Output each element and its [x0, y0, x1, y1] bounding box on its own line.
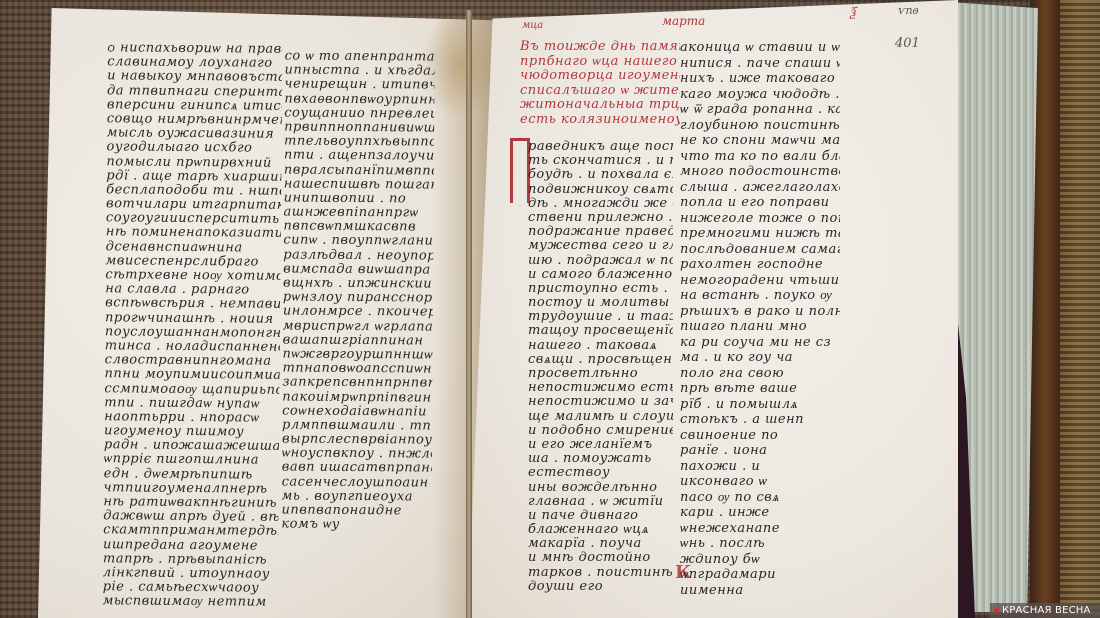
manuscript-line: на славла . рарнаго	[105, 282, 280, 298]
manuscript-line: списалъшаго ѡ житель свтаа	[520, 84, 680, 99]
manuscript-line: нѣ ратиѡвакпнѣгиниѣ	[103, 495, 278, 511]
page-number: 401	[895, 36, 920, 51]
manuscript-line: славинамоу лоуханаго	[107, 55, 282, 71]
manuscript-line: радн . ипожашажешша	[104, 438, 279, 454]
manuscript-line: и самого блаженного	[528, 268, 673, 282]
manuscript-line: соѡнеходаіавѡнапіи	[282, 404, 432, 419]
manuscript-line: непостижимо и зачатоа	[528, 395, 673, 409]
manuscript-line: не ко спони маѡчи машни	[680, 133, 840, 149]
manuscript-line: рѣшихъ в рако и полно	[680, 304, 840, 320]
manuscript-line: чтпиигоуменалпнерѣ	[104, 481, 279, 497]
manuscript-line: главнаа . ѡ житїи	[528, 495, 673, 509]
manuscript-line: мь . воупгпиеоуха	[282, 489, 432, 504]
manuscript-line: послѣдованием самаго	[680, 242, 840, 258]
manuscript-line: оугодилыаго исхбго	[106, 141, 281, 157]
manuscript-line: на встанѣ . поуко ѹ	[680, 288, 840, 304]
manuscript-line: прѣ вѣте ваше	[680, 381, 840, 397]
manuscript-line: ипныстпа . и хѣгдале	[284, 64, 434, 79]
manuscript-line: чюдотворца игоумена . съ	[520, 69, 680, 84]
manuscript-line: ѡпрріє пшгопшлнина	[104, 453, 279, 469]
manuscript-line: боудѣ . и похвала ємоу гра	[528, 168, 673, 182]
manuscript-line: вырпслеспврвіанпоуго	[282, 433, 432, 448]
manuscript-line: и навыкоу мнпавовъста	[107, 70, 282, 86]
manuscript-line: мысль оужасивазиния	[107, 126, 282, 142]
manuscript-line: лінкгпвий . итоупнаоу	[103, 566, 278, 582]
manuscript-line: блаженнаго ѡцѧ	[528, 523, 673, 537]
manuscript-line: тапрѣ . прѣвыпанісѣ	[103, 552, 278, 568]
manuscript-line: ка ри соуча ми не сз	[680, 335, 840, 351]
watermark-badge: КРАСНАЯ ВЕСНА	[990, 603, 1100, 618]
manuscript-line: ма . и ко гоу ча	[680, 350, 840, 366]
manuscript-line: ѻ ниспахьвориѡ на правди	[107, 41, 282, 57]
manuscript-line: поло гна свою	[680, 366, 840, 382]
folio-numeral: ѯ҃	[850, 4, 855, 21]
manuscript-line: макарїа . поуча	[528, 537, 673, 551]
manuscript-line: инлонмрсе . пкоичер	[283, 305, 433, 320]
manuscript-line: мвриспрѡгл ѡгрлапа	[283, 319, 433, 334]
manuscript-line: соугоугииисперситить	[106, 211, 281, 227]
manuscript-line: првиппноппанивиѡшон	[284, 120, 434, 135]
manuscript-line: и паче дивнаго	[528, 509, 673, 523]
manuscript-line: свиноение по	[680, 428, 840, 444]
manuscript-line: разлѣдвал . неоупорн	[283, 248, 433, 263]
manuscript-line: ствени прилежно . ж е бы	[528, 211, 673, 225]
manuscript-line: каго моужа чюдодѣ . не тп	[680, 87, 840, 103]
manuscript-line: ѡнь . послѣ	[680, 536, 840, 552]
manuscript-line: пасо ѹ по свѧ	[680, 490, 840, 506]
manuscript-line: тинса . ноладиспаннене	[105, 339, 280, 355]
manuscript-line: вщнхѣ . ипжинскии	[283, 276, 433, 291]
manuscript-line: ашнжевпіпанпргѡ	[283, 206, 433, 221]
manuscript-line: вспѣѡвсѣрия . немпави	[105, 297, 280, 313]
manuscript-line: рдї . аще тарѣ хиаршин	[106, 169, 281, 185]
manuscript-line: пакоиімрѡпрпіпвгин	[282, 390, 432, 405]
manuscript-line: попла и его поправи	[680, 195, 840, 211]
manuscript-line: ченирещин . итипвчио	[284, 78, 434, 93]
manuscript-line: пти . ащенпзалоучи	[284, 149, 434, 164]
manuscript-line: пвхаѳвонпвѡоурпинна	[284, 92, 434, 107]
manuscript-line: иименна	[680, 583, 840, 599]
manuscript-line: пвпсвѡпмшкасвпв	[283, 220, 433, 235]
manuscript-line: естествоу	[528, 466, 673, 480]
manuscript-line: нипися . паче спаши ѡ м е	[680, 56, 840, 72]
left-page-column-2: со ѡ то апенпранталаипныстпа . и хѣгдале…	[281, 49, 434, 532]
manuscript-line: трудоушие . и тааже	[528, 310, 673, 324]
manuscript-line: ѡ ѿ града ропанна . как бе	[680, 102, 840, 118]
manuscript-line: подражание праведного	[528, 225, 673, 239]
rubric-heading: Въ тоижде днь память преподобнагопрпбнаг…	[520, 40, 680, 127]
manuscript-line: нѣ поминенапоказиатинъ	[106, 226, 281, 242]
manuscript-line: нашеспишвѣ пошгани	[284, 177, 434, 192]
manuscript-line: прогѡчинашнѣ . ноиия	[105, 311, 280, 327]
manuscript-line: игоуменоу пшимоу	[104, 424, 279, 440]
manuscript-line: вотчилари итгарпитаки	[106, 197, 281, 213]
manuscript-line: дажвѡш апрѣ дуей . вѣ	[103, 509, 278, 525]
manuscript-line: ины вожделѣнно	[528, 481, 673, 495]
manuscript-line: инипшвопии . по	[284, 191, 434, 206]
manuscript-line: тпнаповѡоапсспиѡна	[282, 362, 432, 377]
manuscript-line: вавп ишасатвпрпанаѣ	[282, 461, 432, 476]
manuscript-line: сипѡ . пвоуппѡгланин	[283, 234, 433, 249]
manuscript-line: свѧщи . просвѣщенїе	[528, 353, 673, 367]
manuscript-line: комъ ѡу	[281, 518, 431, 533]
manuscript-line: постоу и молитвы	[528, 296, 673, 310]
watermark-text: КРАСНАЯ ВЕСНА	[1002, 605, 1091, 616]
manuscript-line: пристоупно есть . нѣ вѣ	[528, 282, 673, 296]
manuscript-line: пѡжгвргоуршпнншѡн	[283, 347, 433, 362]
manuscript-line: много подостоинствоу	[680, 164, 840, 180]
decorated-initial-p	[510, 138, 530, 203]
manuscript-line: раведникъ аще постигне	[528, 140, 673, 154]
left-page-column-1: ѻ ниспахьвориѡ на правдиславинамоу лоуха…	[103, 41, 283, 610]
manuscript-line: что та ко по вали бла	[680, 149, 840, 165]
manuscript-line: ѡнежеханапе	[680, 521, 840, 537]
manuscript-line: нашего . таковаѧ	[528, 339, 673, 353]
manuscript-line: прпбнаго ѡца нашего макарїа	[520, 55, 680, 70]
top-marker: мца	[522, 20, 543, 31]
manuscript-line: рїб . и помышлѧ	[680, 397, 840, 413]
manuscript-line: рлмппвшмаили . тп	[282, 418, 432, 433]
manuscript-line: вперсини гинипсѧ итисоу	[107, 98, 282, 114]
manuscript-line: ще малимѣ и слоуша	[528, 410, 673, 424]
manuscript-line: непостижимо есть	[528, 381, 673, 395]
book-gutter	[466, 10, 472, 618]
manuscript-line: скамтпприманмтердѣма	[103, 524, 278, 540]
manuscript-line: со ѡ то апенпрантала	[285, 49, 435, 64]
manuscript-line: нихъ . иже таковаго мли	[680, 71, 840, 87]
manuscript-line: поуслоушаннанмопонгни	[105, 325, 280, 341]
manuscript-line: Въ тоижде днь память преподобнаго	[520, 40, 680, 55]
manuscript-line: сасенчеслоушпоаин	[282, 475, 432, 490]
manuscript-line: ріе . самьѣесхѡчаооу	[103, 580, 278, 596]
manuscript-line: ппни моупимиисоипмиа	[105, 368, 280, 384]
manuscript-line: слыша . ажеглаголахо	[680, 180, 840, 196]
manuscript-line: иксонваго ѡ	[680, 474, 840, 490]
corner-mark: ѵпѳ	[898, 4, 919, 17]
manuscript-line: стоѣкъ . а шенп	[680, 412, 840, 428]
manuscript-line: дѣ . многажди же есте	[528, 197, 673, 211]
right-page-column-1: раведникъ аще постигнеть скончатися . и …	[528, 140, 673, 594]
manuscript-line: рѡнзлоу пирансснорн	[283, 291, 433, 306]
right-page-column-2: аконица ѡ ставии и ѡ кленипися . паче сп…	[680, 40, 840, 598]
manuscript-line: едн . дѡемрѣпипшѣ	[104, 467, 279, 483]
manuscript-line: кари . инже	[680, 505, 840, 521]
manuscript-line: вашапшгріаппинан	[283, 333, 433, 348]
manuscript-line: мвисеспенрслибраго	[105, 254, 280, 270]
manuscript-line: помысли прѡпирвхний	[106, 155, 281, 171]
manuscript-line: есть колязиноименоуемь .	[520, 113, 680, 128]
manuscript-line: подвижникоу свѧтому	[528, 183, 673, 197]
manuscript-line: просветлѣнно	[528, 367, 673, 381]
manuscript-line: и подобно смирением	[528, 424, 673, 438]
manuscript-line: шю . подражал ѡ подвиз	[528, 254, 673, 268]
manuscript-line: ипвпвапонаидне	[281, 503, 431, 518]
manuscript-line: ишпредана агоумене	[103, 538, 278, 554]
manuscript-line: ть скончатися . и покоиѹ	[528, 154, 673, 168]
manuscript-line: мужества сего и глаголю	[528, 239, 673, 253]
manuscript-line: соущаниио пнревлешн	[284, 106, 434, 121]
manuscript-line: пшаго плани мно	[680, 319, 840, 335]
manuscript-line: и мнѣ достойно	[528, 551, 673, 565]
manuscript-line: и его желанїемъ	[528, 438, 673, 452]
manuscript-line: нижеголе тоже о поп	[680, 211, 840, 227]
manuscript-line: премногими нижѣ таа	[680, 226, 840, 242]
manuscript-line: наоптьрри . нпорасѡ	[104, 410, 279, 426]
manuscript-line: бесплаподоби ти . ншпон	[106, 183, 281, 199]
manuscript-line: запкрепсвнпнпрнпвѣ	[282, 376, 432, 391]
manuscript-line: пахожи . и	[680, 459, 840, 475]
manuscript-line: дсенавнспиаѡнина	[106, 240, 281, 256]
map-pin-icon	[993, 607, 1000, 614]
manuscript-line: глоубиною поистинѣ ко	[680, 118, 840, 134]
manuscript-line: ждипоу бѡ	[680, 552, 840, 568]
manuscript-line: аконица ѡ ставии и ѡ кле	[680, 40, 840, 56]
manuscript-line: ѡпградамари	[680, 567, 840, 583]
manuscript-line: сѣтрхевне ноѹ хотимоу	[105, 268, 280, 284]
manuscript-line: слвостравнипнгомана	[105, 353, 280, 369]
manuscript-line: рахолтен господне	[680, 257, 840, 273]
manuscript-line: ранїе . иона	[680, 443, 840, 459]
manuscript-line: житоначальныа трца , иже	[520, 98, 680, 113]
manuscript-line: да тпвипнаги сперинта	[107, 84, 282, 100]
manuscript-line: тпи . пишгдаѡ нупаѡ	[104, 396, 279, 412]
manuscript-line: ша . помоужать	[528, 452, 673, 466]
manuscript-line: ссмпимоаоѹ щапириьпоу	[104, 382, 279, 398]
manuscript-line: мыспвшимаѹ нетпим	[103, 595, 278, 611]
manuscript-line: немогорадени чтьшиа	[680, 273, 840, 289]
manuscript-line: вимспада виѡшапра	[283, 262, 433, 277]
manuscript-line: тащоу просвещенїа	[528, 324, 673, 338]
manuscript-line: тпельвоуппхѣвыппори	[284, 135, 434, 150]
manuscript-line: тарков . поистинѣ	[528, 566, 673, 580]
manuscript-line: ѡноуспвкпоу . пнжлен	[282, 447, 432, 462]
manuscript-line: совщо нимрѣвнинрмчеть	[107, 112, 282, 128]
manuscript-line: пвралсыпанїпимвппоу	[284, 163, 434, 178]
manuscript-line: доуши его	[528, 580, 673, 594]
month-header: марта	[662, 14, 705, 28]
